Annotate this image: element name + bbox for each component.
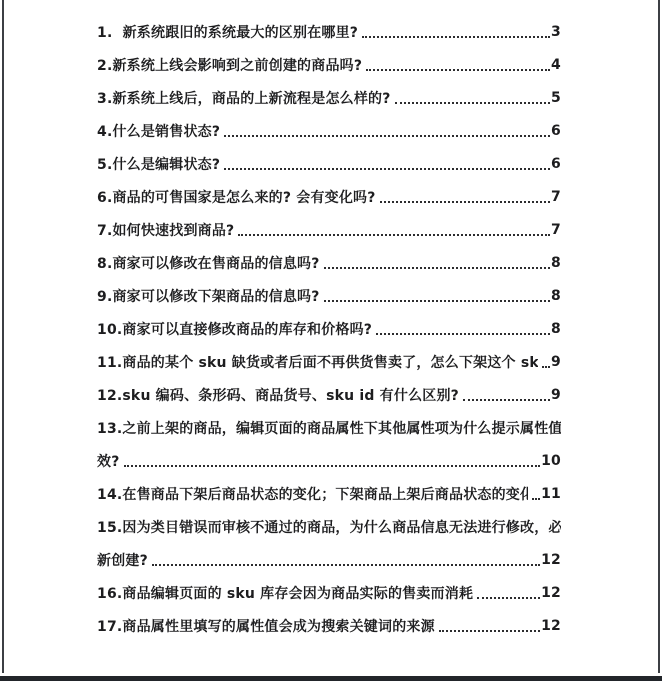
toc-entry[interactable]: 5.什么是编辑状态? 6 (97, 147, 561, 180)
toc-entry-text: 4.什么是销售状态? (97, 121, 220, 141)
page-left-edge (2, 0, 4, 673)
toc-entry[interactable]: 3.新系统上线后，商品的上新流程是怎么样的? 5 (97, 81, 561, 114)
toc-entry-text: 6.商品的可售国家是怎么来的? 会有变化吗? (97, 187, 376, 207)
toc-entry[interactable]: 12.sku 编码、条形码、商品货号、sku id 有什么区别? 9 (97, 378, 561, 411)
toc-entry[interactable]: 新创建? 12 (97, 543, 561, 576)
toc-page-number: 5 (551, 90, 561, 106)
toc-leader-dots (477, 597, 540, 599)
toc-page-number: 9 (551, 387, 561, 403)
toc-leader-dots (376, 333, 550, 335)
toc-entry-text: 3.新系统上线后，商品的上新流程是怎么样的? (97, 88, 391, 108)
toc-leader-dots (324, 267, 550, 269)
toc-entry-text: 14.在售商品下架后商品状态的变化；下架商品上架后商品状态的变化 (97, 484, 528, 504)
toc-entry[interactable]: 7.如何快速找到商品? 7 (97, 213, 561, 246)
toc-entry[interactable]: 2.新系统上线会影响到之前创建的商品吗? 4 (97, 48, 561, 81)
toc-leader-dots (238, 234, 550, 236)
toc-leader-dots (224, 135, 550, 137)
toc-leader-dots (532, 498, 540, 500)
toc-page-number: 8 (551, 321, 561, 337)
toc-page-number: 7 (551, 222, 561, 238)
toc-entry-text: 8.商家可以修改在售商品的信息吗? (97, 253, 320, 273)
toc-entry-text: 15.因为类目错误而审核不通过的商品，为什么商品信息无法进行修改，必须重 (97, 517, 561, 537)
toc-entry-text: 13.之前上架的商品，编辑页面的商品属性下其他属性项为什么提示属性值失 (97, 418, 561, 438)
toc-page-number: 6 (551, 156, 561, 172)
toc-entry[interactable]: 16.商品编辑页面的 sku 库存会因为商品实际的售卖而消耗 12 (97, 576, 561, 609)
toc-page-number: 11 (541, 486, 561, 502)
toc-entry[interactable]: 效? 10 (97, 444, 561, 477)
toc-leader-dots (380, 201, 550, 203)
toc-entry-text: 12.sku 编码、条形码、商品货号、sku id 有什么区别? (97, 385, 459, 405)
page-bottom-edge (0, 676, 662, 681)
toc-entry[interactable]: 10.商家可以直接修改商品的库存和价格吗? 8 (97, 312, 561, 345)
toc-leader-dots (395, 102, 550, 104)
toc-leader-dots (224, 168, 550, 170)
toc-leader-dots (463, 399, 550, 401)
toc-page-number: 12 (541, 552, 561, 568)
toc-page-number: 12 (541, 585, 561, 601)
toc-leader-dots (542, 366, 550, 368)
toc-page-number: 10 (541, 453, 561, 469)
toc-leader-dots (324, 300, 550, 302)
toc-page-number: 3 (551, 24, 561, 40)
toc-entry[interactable]: 8.商家可以修改在售商品的信息吗? 8 (97, 246, 561, 279)
toc-entry-text: 效? (97, 451, 120, 471)
toc-page-number: 12 (541, 618, 561, 634)
toc-page-number: 4 (551, 57, 561, 73)
toc-page-number: 6 (551, 123, 561, 139)
toc-entry-text: 11.商品的某个 sku 缺货或者后面不再供货售卖了，怎么下架这个 sku? (97, 352, 538, 372)
toc-entry[interactable]: 14.在售商品下架后商品状态的变化；下架商品上架后商品状态的变化 11 (97, 477, 561, 510)
toc-page-number: 7 (551, 189, 561, 205)
toc-leader-dots (362, 36, 550, 38)
toc-entry-text: 1. 新系统跟旧的系统最大的区别在哪里? (97, 22, 358, 42)
toc-entry[interactable]: 4.什么是销售状态? 6 (97, 114, 561, 147)
toc-entry[interactable]: 1. 新系统跟旧的系统最大的区别在哪里? 3 (97, 15, 561, 48)
toc-page-number: 8 (551, 255, 561, 271)
toc-entry[interactable]: 13.之前上架的商品，编辑页面的商品属性下其他属性项为什么提示属性值失 (97, 411, 561, 444)
page-right-edge (658, 0, 660, 673)
toc-entry-text: 5.什么是编辑状态? (97, 154, 220, 174)
toc-leader-dots (439, 630, 540, 632)
toc-entry-text: 7.如何快速找到商品? (97, 220, 234, 240)
toc-page-number: 9 (551, 354, 561, 370)
toc-entry-text: 2.新系统上线会影响到之前创建的商品吗? (97, 55, 362, 75)
toc-entry[interactable]: 15.因为类目错误而审核不通过的商品，为什么商品信息无法进行修改，必须重 (97, 510, 561, 543)
toc-leader-dots (124, 465, 541, 467)
toc-entry-text: 17.商品属性里填写的属性值会成为搜索关键词的来源 (97, 616, 435, 636)
toc-entry[interactable]: 6.商品的可售国家是怎么来的? 会有变化吗? 7 (97, 180, 561, 213)
toc-entry-text: 9.商家可以修改下架商品的信息吗? (97, 286, 320, 306)
toc-entry-text: 16.商品编辑页面的 sku 库存会因为商品实际的售卖而消耗 (97, 583, 473, 603)
toc-entry-text: 新创建? (97, 550, 148, 570)
toc-leader-dots (152, 564, 540, 566)
toc-entry[interactable]: 17.商品属性里填写的属性值会成为搜索关键词的来源 12 (97, 609, 561, 642)
toc-entry[interactable]: 11.商品的某个 sku 缺货或者后面不再供货售卖了，怎么下架这个 sku? 9 (97, 345, 561, 378)
toc-entry-text: 10.商家可以直接修改商品的库存和价格吗? (97, 319, 372, 339)
toc-leader-dots (366, 69, 550, 71)
toc-list: 1. 新系统跟旧的系统最大的区别在哪里? 3 2.新系统上线会影响到之前创建的商… (97, 15, 561, 642)
toc-entry[interactable]: 9.商家可以修改下架商品的信息吗? 8 (97, 279, 561, 312)
toc-page-number: 8 (551, 288, 561, 304)
